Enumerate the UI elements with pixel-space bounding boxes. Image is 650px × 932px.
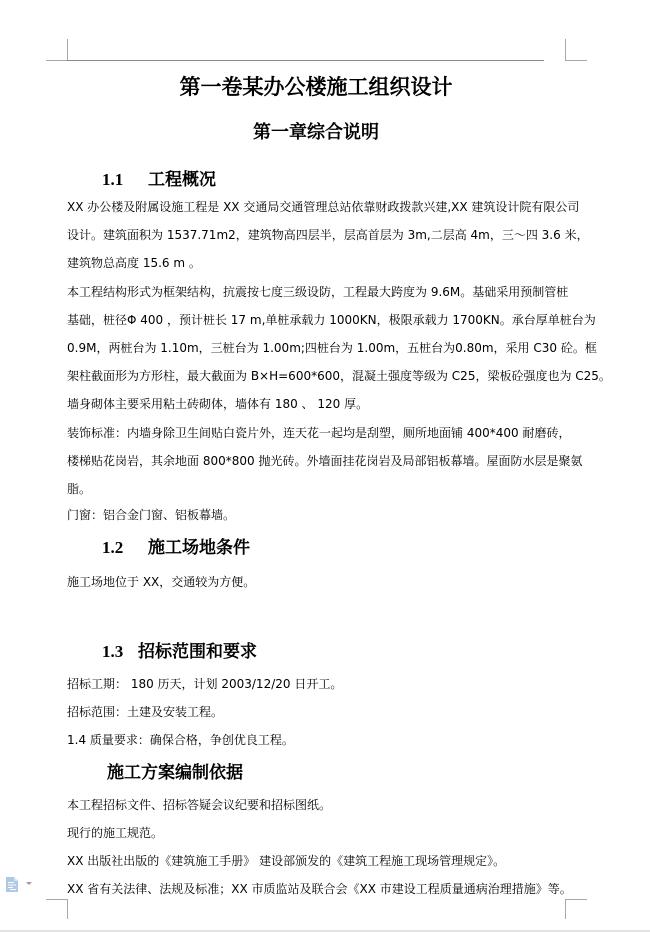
paste-options-icon[interactable]	[6, 877, 18, 892]
text-line: XX 办公楼及附属设施工程是 XX 交通局交通管理总站依靠财政拨款兴建,XX 建…	[67, 193, 567, 221]
text-line: 基础，桩径Φ 400 ，预计桩长 17 m,单桩承载力 1000KN，极限承载力…	[67, 306, 567, 334]
section-title: 工程概况	[148, 170, 216, 190]
paragraph-structure: 本工程结构形式为框架结构，抗震按七度三级设防，工程最大跨度为 9.6M。基础采用…	[67, 278, 567, 418]
section-heading-1-3: 1.3招标范围和要求	[102, 638, 257, 666]
section-title: 施工场地条件	[148, 538, 250, 558]
document-title: 第一卷某办公楼施工组织设计	[67, 72, 565, 102]
paste-options-dropdown-caret-icon[interactable]	[26, 882, 32, 885]
text-line: 架柱截面形为方形柱，最大截面为 B×H=600*600，混凝土强度等级为 C25…	[67, 362, 567, 390]
chapter-title: 第一章综合说明	[67, 119, 565, 147]
document-paste-icon	[6, 877, 18, 892]
paragraph-site-conditions: 施工场地位于 XX，交通较为方便。	[67, 568, 567, 596]
paragraph-decoration: 装饰标准：内墙身除卫生间贴白瓷片外，连天花一起均是刮塑，厕所地面铺 400*40…	[67, 419, 567, 503]
text-line: 墙身砌体主要采用粘土砖砌体，墙体有 180 、 120 厚。	[67, 390, 567, 418]
section-heading-1-1: 1.1工程概况	[102, 166, 216, 194]
section-number: 1.3	[102, 638, 138, 666]
corner-mark-top-left-vertical	[67, 39, 68, 60]
paragraph-basis: 本工程招标文件、招标答疑会议纪要和招标图纸。 现行的施工规范。 XX 出版社出版…	[67, 791, 567, 903]
corner-mark-top-right-horizontal	[565, 60, 587, 61]
text-line: XX 出版社出版的《建筑施工手册》 建设部颁发的《建筑工程施工现场管理规定》。	[67, 847, 567, 875]
paragraph-bid-scope: 招标工期： 180 历天，计划 2003/12/20 日开工。 招标范围：土建及…	[67, 670, 567, 754]
text-line: 招标工期： 180 历天，计划 2003/12/20 日开工。	[67, 670, 567, 698]
header-rule	[67, 60, 544, 61]
text-line: 本工程结构形式为框架结构，抗震按七度三级设防，工程最大跨度为 9.6M。基础采用…	[67, 278, 567, 306]
section-title: 招标范围和要求	[138, 642, 257, 662]
paragraph-project-overview: XX 办公楼及附属设施工程是 XX 交通局交通管理总站依靠财政拨款兴建,XX 建…	[67, 193, 567, 277]
text-line: 1.4 质量要求：确保合格，争创优良工程。	[67, 726, 567, 754]
text-line: 0.9M，两桩台为 1.10m，三桩台为 1.00m;四桩台为 1.00m，五桩…	[67, 334, 567, 362]
corner-mark-top-left-horizontal	[46, 60, 67, 61]
text-line: 设计。建筑面积为 1537.71m2，建筑物高四层半，层高首层为 3m,二层高 …	[67, 221, 567, 249]
corner-mark-top-right-vertical	[565, 39, 566, 60]
text-line: 门窗：铝合金门窗、铝板幕墙。	[67, 501, 567, 529]
text-line: 建筑物总高度 15.6 m 。	[67, 249, 567, 277]
section-heading-1-2: 1.2施工场地条件	[102, 534, 250, 562]
section-number: 1.2	[102, 534, 148, 562]
section-number: 1.1	[102, 166, 148, 194]
text-line: 现行的施工规范。	[67, 819, 567, 847]
corner-mark-bottom-left-horizontal	[46, 899, 67, 900]
text-line: 招标范围：土建及安装工程。	[67, 698, 567, 726]
text-line: 楼梯贴花岗岩，其余地面 800*800 抛光砖。外墙面挂花岗岩及局部铝板幕墙。屋…	[67, 447, 567, 475]
corner-mark-bottom-right-horizontal	[565, 899, 587, 900]
text-line: 本工程招标文件、招标答疑会议纪要和招标图纸。	[67, 791, 567, 819]
text-line: XX 省有关法律、法规及标准；XX 市质监站及联合会《XX 市建设工程质量通病治…	[67, 875, 567, 903]
document-page: 第一卷某办公楼施工组织设计 第一章综合说明 1.1工程概况 XX 办公楼及附属设…	[0, 0, 650, 930]
section-title: 施工方案编制依据	[107, 763, 243, 783]
section-heading-basis: 施工方案编制依据	[107, 759, 243, 787]
paragraph-doors-windows: 门窗：铝合金门窗、铝板幕墙。	[67, 501, 567, 529]
text-line: 施工场地位于 XX，交通较为方便。	[67, 568, 567, 596]
text-line: 脂。	[67, 475, 567, 503]
text-line: 装饰标准：内墙身除卫生间贴白瓷片外，连天花一起均是刮塑，厕所地面铺 400*40…	[67, 419, 567, 447]
